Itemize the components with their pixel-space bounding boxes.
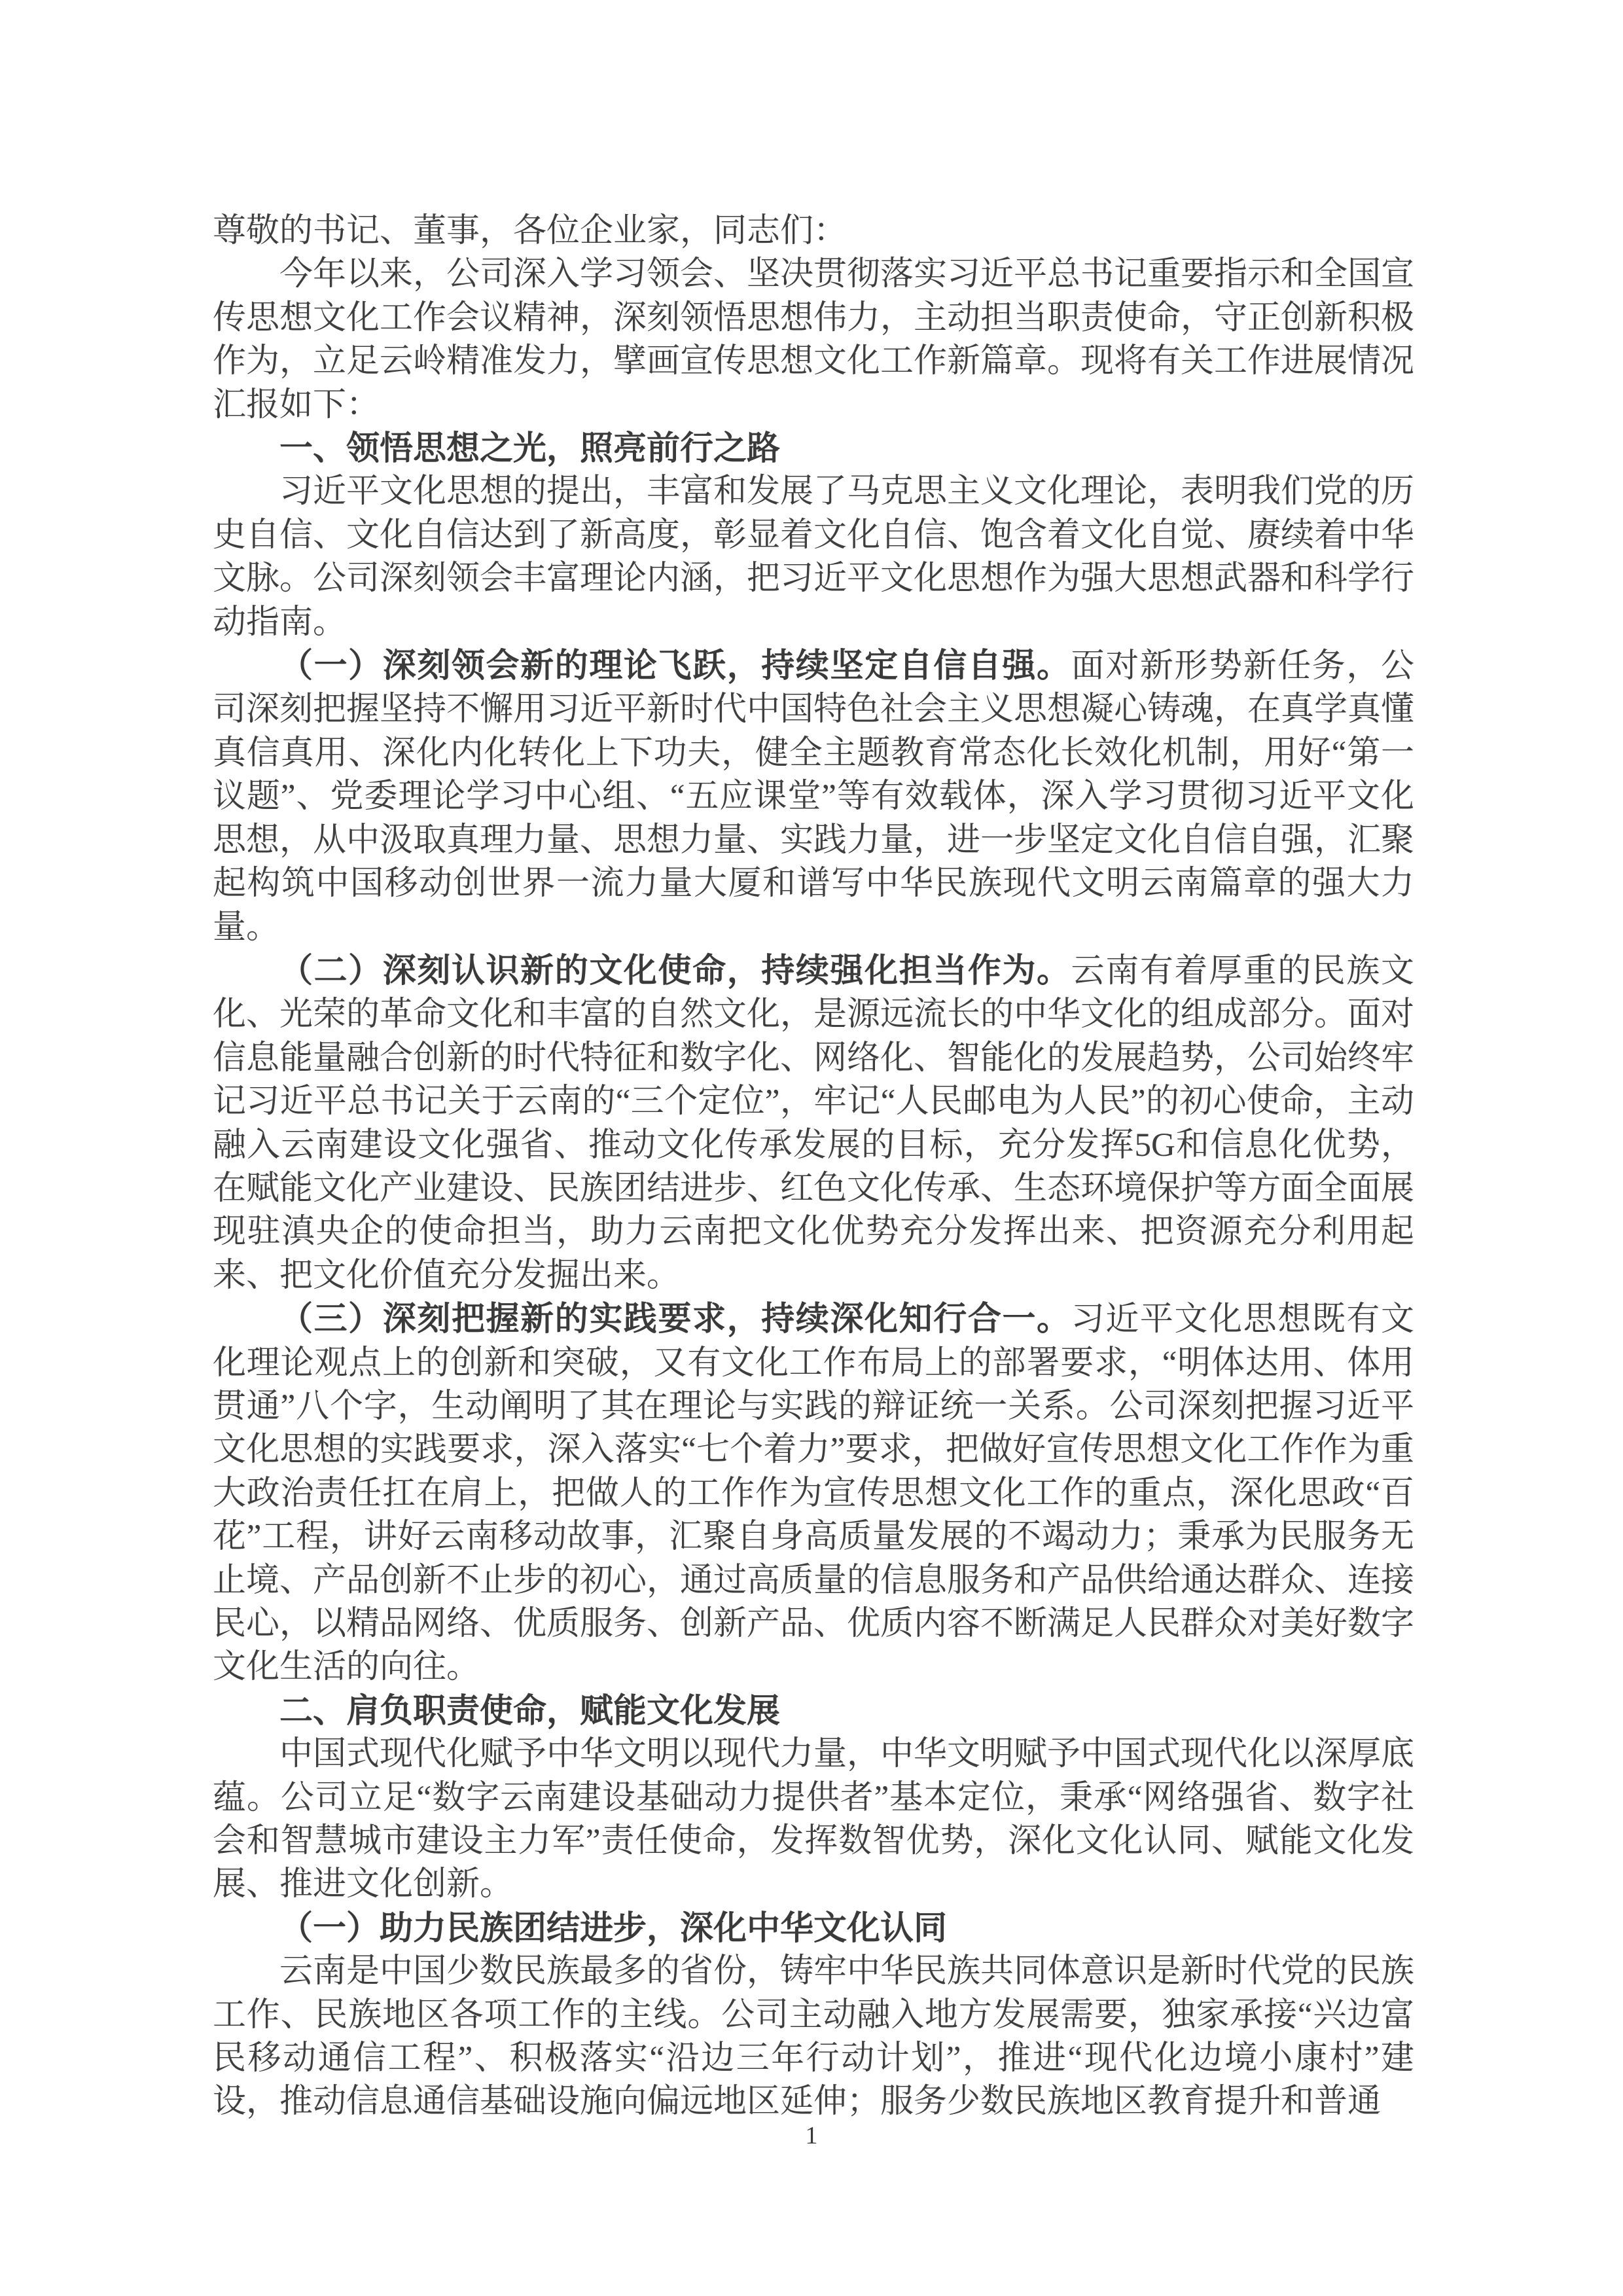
inline-heading-run: （二）深刻认识新的文化使命，持续强化担当作为。 (279, 952, 1071, 989)
paragraph-text: 二、肩负职责使命，赋能文化发展 (279, 1692, 780, 1729)
paragraph-text: 习近平文化思想的提出，丰富和发展了马克思主义文化理论，表明我们党的历史自信、文化… (213, 473, 1414, 640)
paragraph: 云南是中国少数民族最多的省份，铸牢中华民族共同体意识是新时代党的民族工作、民族地… (213, 1950, 1414, 2124)
page-footer: 1 (0, 2119, 1623, 2152)
paragraph-text: 习近平文化思想既有文化理论观点上的创新和突破，又有文化工作布局上的部署要求，“明… (213, 1301, 1414, 1685)
paragraph: 今年以来，公司深入学习领会、坚决贯彻落实习近平总书记重要指示和全国宣传思想文化工… (213, 253, 1414, 427)
paragraph-text: 面对新形势新任务，公司深刻把握坚持不懈用习近平新时代中国特色社会主义思想凝心铸魂… (213, 648, 1414, 945)
inline-heading-run: （一）深刻领会新的理论飞跃，持续坚定自信自强。 (279, 647, 1071, 684)
section-heading: 二、肩负职责使命，赋能文化发展 (213, 1689, 1414, 1732)
paragraph-text: 尊敬的书记、董事，各位企业家，同志们： (213, 213, 847, 249)
paragraph: （一）深刻领会新的理论飞跃，持续坚定自信自强。面对新形势新任务，公司深刻把握坚持… (213, 644, 1414, 949)
document-body: 尊敬的书记、董事，各位企业家，同志们：今年以来，公司深入学习领会、坚决贯彻落实习… (213, 209, 1414, 2124)
paragraph-text: 中国式现代化赋予中华文明以现代力量，中华文明赋予中国式现代化以深厚底蕴。公司立足… (213, 1736, 1414, 1903)
section-heading: 一、领悟思想之光，照亮前行之路 (213, 427, 1414, 470)
paragraph: （二）深刻认识新的文化使命，持续强化担当作为。云南有着厚重的民族文化、光荣的革命… (213, 949, 1414, 1297)
paragraph-text: 云南是中国少数民族最多的省份，铸牢中华民族共同体意识是新时代党的民族工作、民族地… (213, 1953, 1414, 2120)
paragraph-text: 今年以来，公司深入学习领会、坚决贯彻落实习近平总书记重要指示和全国宣传思想文化工… (213, 256, 1414, 423)
page-number: 1 (806, 2122, 818, 2149)
paragraph: （三）深刻把握新的实践要求，持续深化知行合一。习近平文化思想既有文化理论观点上的… (213, 1297, 1414, 1689)
paragraph: 尊敬的书记、董事，各位企业家，同志们： (213, 209, 1414, 253)
section-heading: （一）助力民族团结进步，深化中华文化认同 (213, 1907, 1414, 1950)
paragraph-text: 云南有着厚重的民族文化、光荣的革命文化和丰富的自然文化，是源远流长的中华文化的组… (213, 953, 1414, 1294)
paragraph: 习近平文化思想的提出，丰富和发展了马克思主义文化理论，表明我们党的历史自信、文化… (213, 470, 1414, 644)
paragraph-text: （一）助力民族团结进步，深化中华文化认同 (279, 1909, 947, 1946)
document-page: 尊敬的书记、董事，各位企业家，同志们：今年以来，公司深入学习领会、坚决贯彻落实习… (0, 0, 1623, 2296)
inline-heading-run: （三）深刻把握新的实践要求，持续深化知行合一。 (279, 1300, 1071, 1337)
paragraph-text: 一、领悟思想之光，照亮前行之路 (279, 429, 780, 467)
paragraph: 中国式现代化赋予中华文明以现代力量，中华文明赋予中国式现代化以深厚底蕴。公司立足… (213, 1732, 1414, 1907)
